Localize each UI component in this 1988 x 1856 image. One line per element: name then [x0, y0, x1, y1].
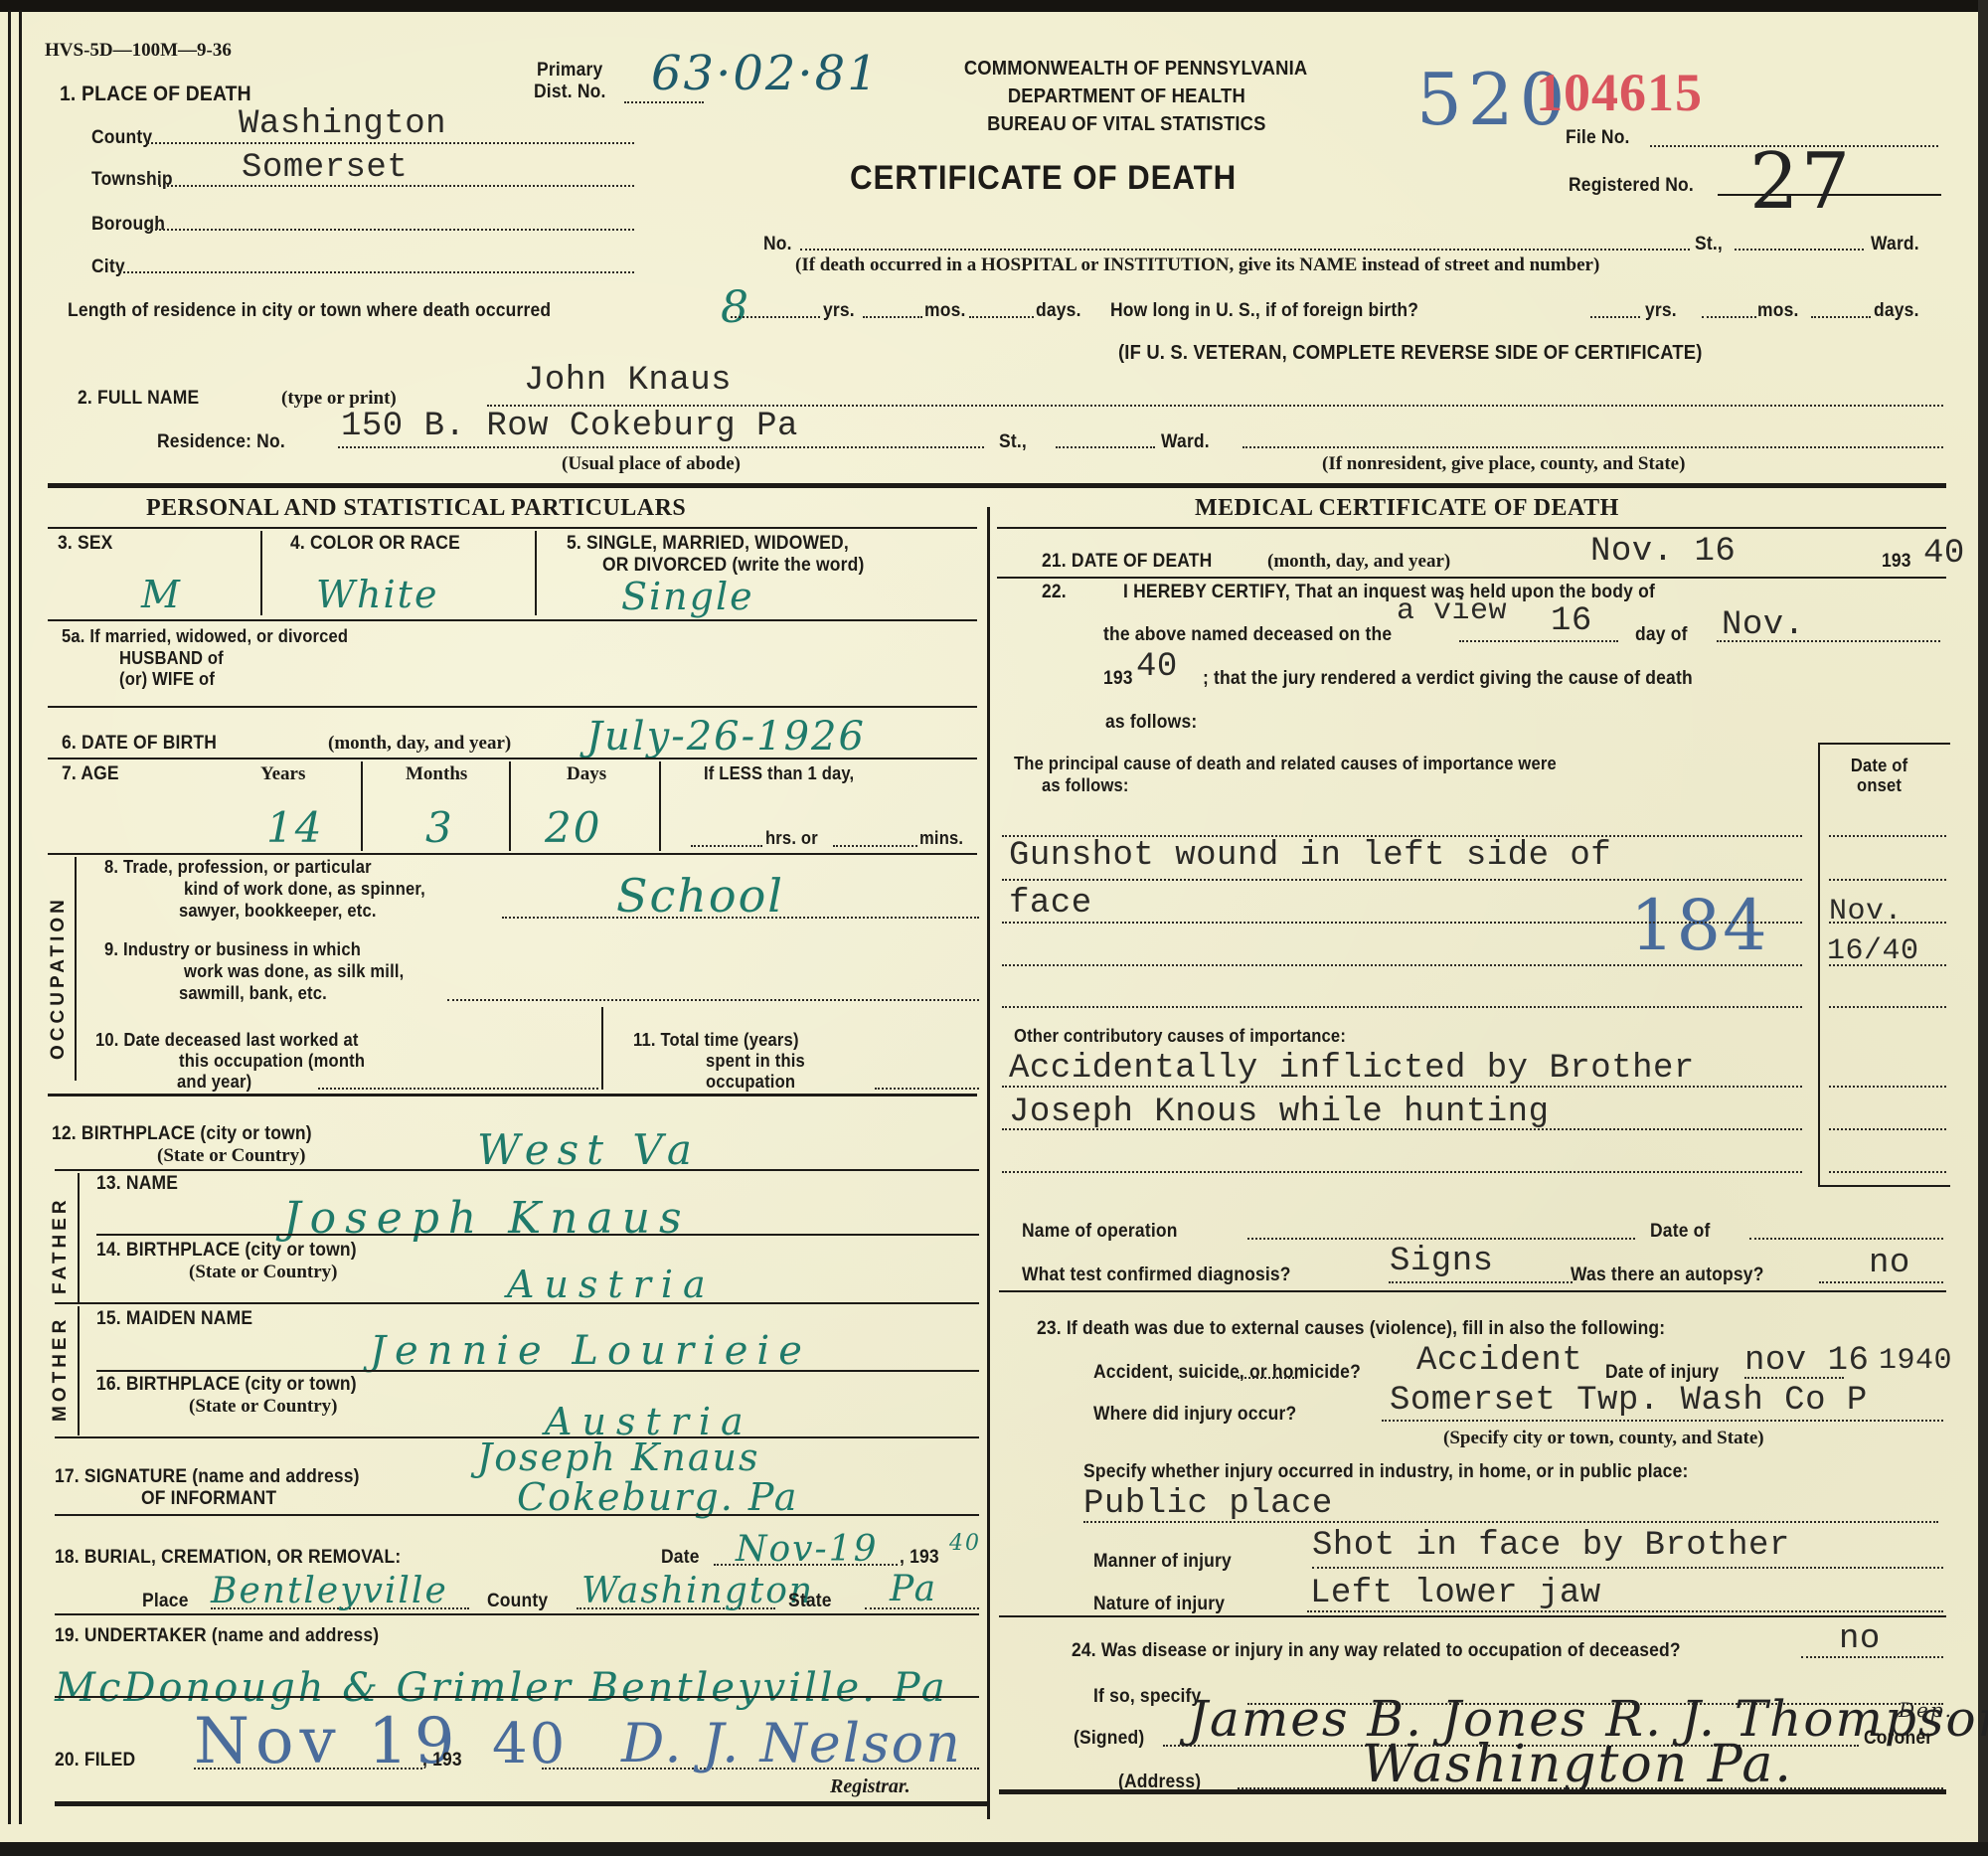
mother-birthplace-label-1: 16. BIRTHPLACE (city or town): [96, 1374, 357, 1396]
injury-date-value: nov 16: [1744, 1342, 1869, 1380]
injury-date-label: Date of injury: [1605, 1362, 1719, 1384]
age-years-label: Years: [260, 763, 305, 785]
onset-label-1: Date of: [1829, 756, 1929, 776]
hrs-or-label: hrs. or: [765, 828, 818, 849]
other-causes-label: Other contributory causes of importance:: [1014, 1026, 1346, 1047]
age-months-value: 3: [425, 803, 454, 852]
accident-label: Accident, suicide, or homicide?: [1093, 1362, 1361, 1384]
file-stamp-number: 104615: [1536, 62, 1703, 123]
certify-line-3: ; that the jury rendered a verdict givin…: [1203, 668, 1693, 690]
street-ward-label: Ward.: [1871, 234, 1919, 255]
place-of-death-label: 1. PLACE OF DEATH: [60, 83, 251, 106]
industry-label-2: work was done, as silk mill,: [184, 961, 404, 982]
dod-label: 21. DATE OF DEATH: [1042, 551, 1212, 573]
signed-label: (Signed): [1074, 1728, 1144, 1750]
column-divider: [987, 507, 990, 1819]
spouse-label-1: 5a. If married, widowed, or divorced: [62, 626, 348, 647]
residence-st-label: St.,: [999, 431, 1027, 453]
certify-insert: a view: [1397, 594, 1507, 628]
industry-label-1: 9. Industry or business in which: [104, 939, 361, 960]
age-days-value: 20: [545, 803, 601, 852]
full-name-value: John Knaus: [524, 362, 732, 400]
residence-value: 150 B. Row Cokeburg Pa: [341, 408, 798, 445]
occupation-vertical-label: OCCUPATION: [48, 896, 70, 1060]
residence-label: Residence: No.: [157, 431, 285, 453]
residence-yrs-label: yrs.: [823, 300, 855, 322]
industry-home-label: Specify whether injury occurred in indus…: [1083, 1461, 1689, 1483]
test-label: What test confirmed diagnosis?: [1022, 1265, 1291, 1286]
township-value: Somerset: [242, 149, 408, 187]
mins-label: mins.: [919, 828, 963, 849]
father-birthplace-label-2: (State or Country): [189, 1262, 338, 1283]
signer-title: Coroner: [1864, 1728, 1932, 1750]
burial-state-value: Pa: [890, 1569, 937, 1609]
father-name-value: Joseph Knaus: [283, 1193, 691, 1244]
test-value: Signs: [1390, 1243, 1494, 1280]
burial-county-value: Washington: [581, 1571, 814, 1611]
certify-line-2: the above named deceased on the: [1103, 624, 1392, 646]
township-label: Township: [91, 169, 173, 191]
nature-value: Left lower jaw: [1310, 1575, 1601, 1612]
medical-heading: MEDICAL CERTIFICATE OF DEATH: [1195, 495, 1619, 522]
form-code: HVS-5D—100M—9-36: [45, 40, 232, 62]
mother-birthplace-label-2: (State or Country): [189, 1396, 338, 1418]
dod-year-prefix: 193: [1882, 551, 1911, 573]
sex-label: 3. SEX: [58, 533, 113, 555]
other-cause-line-2: Joseph Knous while hunting: [1009, 1094, 1550, 1131]
burial-place-label: Place: [142, 1591, 189, 1612]
onset-line-1: Nov.: [1829, 895, 1903, 928]
spouse-label-2: HUSBAND of: [119, 648, 224, 669]
abode-note: (Usual place of abode): [562, 453, 741, 475]
street-no-label: No.: [763, 234, 792, 255]
scan-top-edge: [0, 0, 1988, 12]
age-years-value: 14: [266, 803, 323, 852]
county-value: Washington: [239, 105, 446, 143]
registered-no-label: Registered No.: [1569, 175, 1694, 197]
injury-place-value: Somerset Twp. Wash Co P: [1390, 1382, 1868, 1420]
onset-line-2: 16/40: [1827, 934, 1919, 968]
age-months-label: Months: [406, 763, 467, 785]
borough-label: Borough: [91, 214, 165, 236]
last-worked-label-2: this occupation (month: [179, 1051, 365, 1072]
industry-label-3: sawmill, bank, etc.: [179, 983, 327, 1004]
nonresident-note: (If nonresident, give place, county, and…: [1322, 453, 1685, 475]
foreign-birth-label: How long in U. S., if of foreign birth?: [1110, 300, 1418, 322]
filed-label: 20. FILED: [55, 1750, 135, 1772]
full-name-label: 2. FULL NAME: [78, 388, 199, 410]
left-border: [8, 10, 22, 1824]
residence-mos-label: mos.: [924, 300, 966, 322]
county-label: County: [91, 127, 152, 149]
inquest-year: 40: [1136, 648, 1178, 686]
foreign-days-label: days.: [1874, 300, 1919, 322]
birthplace-value: West Va: [477, 1125, 700, 1174]
primary-dist-no: 63·02·81: [651, 46, 880, 101]
race-label: 4. COLOR OR RACE: [290, 533, 460, 555]
section-divider: [48, 483, 1946, 488]
marital-label-2: OR DIVORCED (write the word): [602, 555, 864, 577]
mother-name-label: 15. MAIDEN NAME: [96, 1308, 252, 1330]
city-label: City: [91, 256, 125, 278]
sex-value: M: [141, 573, 182, 616]
dod-value: Nov. 16: [1590, 533, 1736, 571]
mother-name-value: Jennie Lourieie: [370, 1328, 811, 1374]
mother-vertical-label: MOTHER: [50, 1316, 72, 1422]
operation-date-label: Date of: [1650, 1221, 1711, 1243]
dob-value: July-26-1926: [586, 714, 866, 759]
dod-year-suffix: 40: [1923, 535, 1965, 573]
informant-line-2: Cokeburg. Pa: [517, 1475, 798, 1519]
filed-year-prefix: , 193: [422, 1750, 462, 1772]
veteran-note: (IF U. S. VETERAN, COMPLETE REVERSE SIDE…: [1118, 342, 1703, 365]
registered-no: 27: [1749, 137, 1852, 227]
nature-label: Nature of injury: [1093, 1594, 1225, 1615]
coroner-address: Washington Pa.: [1362, 1735, 1793, 1794]
issuer-line-1: COMMONWEALTH OF PENNSYLVANIA: [880, 58, 1392, 81]
injury-year-value: 1940: [1879, 1344, 1952, 1378]
dod-hint: (month, day, and year): [1267, 551, 1450, 573]
accident-value: Accident: [1416, 1342, 1582, 1380]
registrar-signature: D. J. Nelson: [621, 1712, 962, 1774]
birthplace-label-2: (State or Country): [157, 1145, 306, 1167]
birthplace-label-1: 12. BIRTHPLACE (city or town): [52, 1123, 312, 1145]
less-than-day-label: If LESS than 1 day,: [704, 763, 854, 784]
personal-heading: PERSONAL AND STATISTICAL PARTICULARS: [146, 495, 686, 522]
issuer-line-3: BUREAU OF VITAL STATISTICS: [880, 113, 1374, 136]
full-name-hint: (type or print): [281, 388, 397, 410]
marital-label-1: 5. SINGLE, MARRIED, WIDOWED,: [567, 533, 849, 555]
marital-value: Single: [621, 575, 754, 618]
injury-place-label: Where did injury occur?: [1093, 1404, 1296, 1426]
occupation-related-value: no: [1839, 1620, 1881, 1658]
dob-hint: (month, day, and year): [328, 733, 511, 755]
principal-cause-label-1: The principal cause of death and related…: [1014, 754, 1557, 774]
if-so-label: If so, specify: [1093, 1686, 1201, 1708]
day-of-label: day of: [1635, 624, 1688, 646]
total-time-label-1: 11. Total time (years): [633, 1030, 799, 1051]
scan-bottom-edge: [0, 1842, 1988, 1856]
burial-state-label: State: [788, 1591, 832, 1612]
father-name-label: 13. NAME: [96, 1173, 178, 1195]
death-certificate-page: HVS-5D—100M—9-36 1. PLACE OF DEATH Prima…: [0, 0, 1988, 1856]
manner-label: Manner of injury: [1093, 1551, 1232, 1573]
trade-value: School: [616, 869, 784, 923]
signer-title-prefix: Dep.: [1899, 1698, 1953, 1722]
age-label: 7. AGE: [62, 763, 119, 785]
race-value: White: [316, 573, 438, 616]
burial-place-value: Bentleyville: [211, 1571, 448, 1611]
dob-label: 6. DATE OF BIRTH: [62, 733, 217, 755]
certify-line-4: as follows:: [1105, 712, 1197, 734]
manner-value: Shot in face by Brother: [1312, 1527, 1790, 1565]
undertaker-value: McDonough & Grimler Bentleyville. Pa: [55, 1665, 948, 1711]
informant-label-1: 17. SIGNATURE (name and address): [55, 1466, 360, 1488]
file-no-label: File No.: [1566, 127, 1630, 149]
father-birthplace-label-1: 14. BIRTHPLACE (city or town): [96, 1240, 357, 1262]
spouse-label-3: (or) WIFE of: [119, 669, 215, 690]
burial-label: 18. BURIAL, CREMATION, OR REMOVAL:: [55, 1547, 401, 1569]
burial-date-value: Nov-19: [736, 1529, 878, 1570]
residence-ward-label: Ward.: [1161, 431, 1210, 453]
occupation-related-label: 24. Was disease or injury in any way rel…: [1072, 1640, 1681, 1662]
foreign-yrs-label: yrs.: [1645, 300, 1677, 322]
burial-year-prefix: , 193: [900, 1547, 939, 1569]
principal-cause-label-2: as follows:: [1042, 775, 1129, 796]
scan-right-edge: [1978, 0, 1988, 1856]
informant-label-2: OF INFORMANT: [141, 1488, 276, 1510]
father-birthplace-value: Austria: [507, 1263, 716, 1306]
father-vertical-label: FATHER: [50, 1196, 72, 1294]
foreign-mos-label: mos.: [1757, 300, 1799, 322]
dist-no-label: Dist. No.: [534, 82, 606, 103]
inquest-year-prefix: 193: [1103, 668, 1133, 690]
trade-label-2: kind of work done, as spinner,: [184, 879, 425, 900]
residence-length-label: Length of residence in city or town wher…: [68, 300, 551, 322]
certificate-title: CERTIFICATE OF DEATH: [850, 159, 1237, 198]
undertaker-label: 19. UNDERTAKER (name and address): [55, 1625, 379, 1647]
onset-label-2: onset: [1829, 775, 1929, 796]
filed-date-value: Nov 19: [194, 1705, 460, 1778]
certify-number: 22.: [1042, 582, 1067, 603]
residence-days-label: days.: [1036, 300, 1081, 322]
burial-county-label: County: [487, 1591, 548, 1612]
residence-years-value: 8: [721, 282, 750, 333]
issuer-line-2: DEPARTMENT OF HEALTH: [880, 85, 1374, 108]
burial-year-suffix: 40: [949, 1531, 981, 1556]
specify-note: (Specify city or town, county, and State…: [1443, 1428, 1764, 1449]
trade-label-3: sawyer, bookkeeper, etc.: [179, 901, 377, 922]
code-annotation: 184: [1630, 885, 1769, 966]
informant-line-1: Joseph Knaus: [477, 1435, 759, 1479]
total-time-label-2: spent in this: [706, 1051, 805, 1072]
last-worked-label-1: 10. Date deceased last worked at: [95, 1030, 359, 1051]
certify-line-1: I HEREBY CERTIFY, That an inquest was he…: [1123, 582, 1655, 603]
inquest-day: 16: [1551, 602, 1592, 640]
registrar-label: Registrar.: [830, 1775, 911, 1798]
external-causes-label: 23. If death was due to external causes …: [1037, 1318, 1665, 1340]
hospital-note: (If death occurred in a HOSPITAL or INST…: [795, 254, 1599, 276]
trade-label-1: 8. Trade, profession, or particular: [104, 857, 372, 878]
cause-line-2: face: [1009, 885, 1092, 923]
cause-line-1: Gunshot wound in left side of: [1009, 837, 1611, 875]
primary-label: Primary: [537, 60, 602, 82]
operation-label: Name of operation: [1022, 1221, 1178, 1243]
autopsy-label: Was there an autopsy?: [1571, 1265, 1764, 1286]
other-cause-line-1: Accidentally inflicted by Brother: [1009, 1050, 1695, 1088]
total-time-label-3: occupation: [706, 1072, 795, 1093]
inquest-month: Nov.: [1722, 606, 1805, 644]
age-days-label: Days: [567, 763, 606, 785]
last-worked-label-3: and year): [177, 1072, 251, 1093]
industry-home-value: Public place: [1083, 1485, 1333, 1523]
autopsy-value: no: [1869, 1245, 1910, 1282]
burial-date-label: Date: [661, 1547, 700, 1569]
street-st-label: St.,: [1695, 234, 1723, 255]
